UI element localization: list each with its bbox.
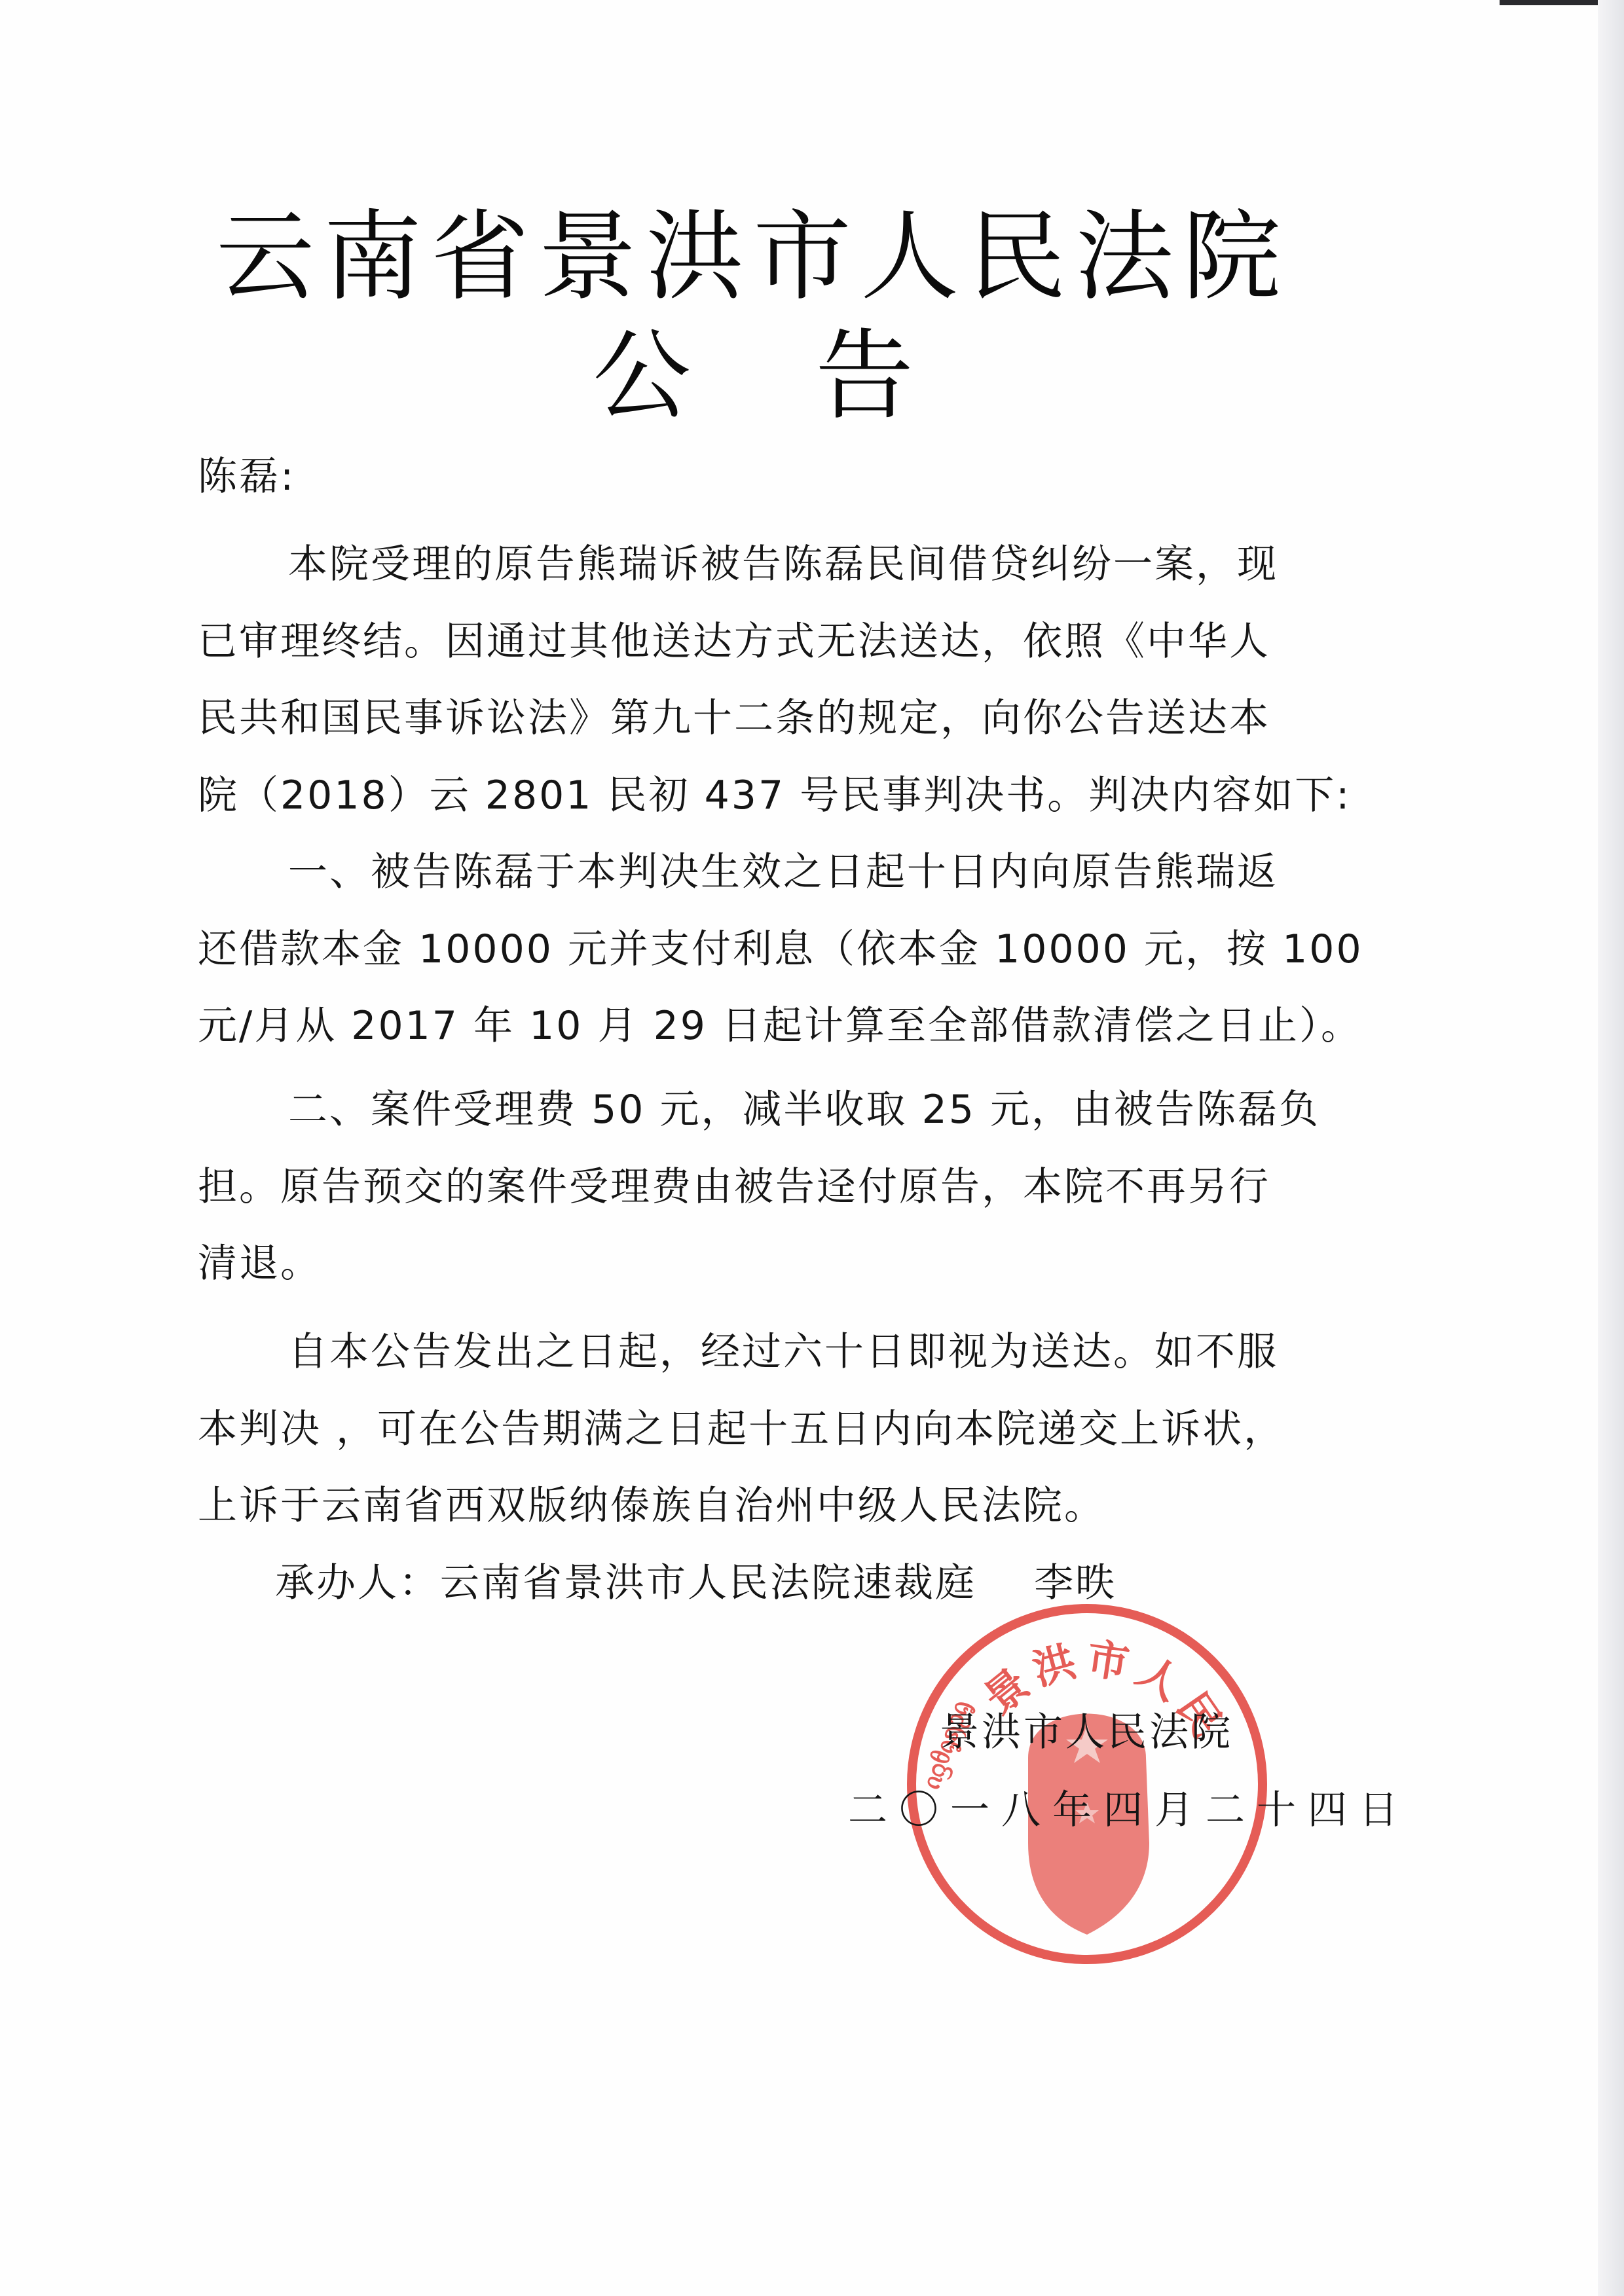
signing-date: 二〇一八年四月二十四日	[848, 1791, 1410, 1830]
court-seal: 景洪市人民法院 ᦵᦋᦲᧂᦣᦳᧂ	[897, 1594, 1277, 1974]
paragraph-line: 已审理终结。因通过其他送达方式无法送达，依照《中华人	[198, 622, 1270, 661]
paragraph-line: 院（2018）云 2801 民初 437 号民事判决书。判决内容如下:	[198, 776, 1351, 815]
document-subtitle: 公告	[196, 327, 1310, 426]
paragraph-line: 民共和国民事诉讼法》第九十二条的规定，向你公告送达本	[198, 699, 1270, 738]
paragraph-line: 本判决 ，可在公告期满之日起十五日内向本院递交上诉状，	[198, 1410, 1285, 1449]
paragraph-line: 一、被告陈磊于本判决生效之日起十日内向原告熊瑞返	[288, 852, 1278, 892]
scan-right-edge	[1598, 0, 1624, 2296]
paragraph-line: 二、案件受理费 50 元，减半收取 25 元，由被告陈磊负	[288, 1090, 1320, 1129]
paragraph-line: 清退。	[198, 1244, 322, 1283]
salutation: 陈磊:	[198, 457, 295, 496]
document-page: 云南省景洪市人民法院 公告 陈磊: 本院受理的原告熊瑞诉被告陈磊民间借贷纠纷一案…	[0, 0, 1624, 2296]
document-title: 云南省景洪市人民法院	[196, 208, 1310, 306]
paragraph-line: 本院受理的原告熊瑞诉被告陈磊民间借贷纠纷一案，现	[288, 545, 1278, 584]
paragraph-line: 还借款本金 10000 元并支付利息（依本金 10000 元，按 100	[198, 930, 1363, 969]
scan-edge-shadow	[1500, 0, 1598, 5]
signing-court: 景洪市人民法院	[940, 1713, 1233, 1752]
paragraph-line: 担。原告预交的案件受理费由被告迳付原告，本院不再另行	[198, 1167, 1270, 1207]
paragraph-line: 元/月从 2017 年 10 月 29 日起计算至全部借款清偿之日止）。	[198, 1006, 1362, 1046]
paragraph-line: 上诉于云南省西双版纳傣族自治州中级人民法院。	[198, 1486, 1105, 1525]
case-handler: 承办人：云南省景洪市人民法院速裁庭 李昳	[275, 1563, 1116, 1603]
court-seal-icon: 景洪市人民法院 ᦵᦋᦲᧂᦣᦳᧂ	[897, 1594, 1277, 1974]
paragraph-line: 自本公告发出之日起，经过六十日即视为送达。如不服	[288, 1332, 1278, 1372]
